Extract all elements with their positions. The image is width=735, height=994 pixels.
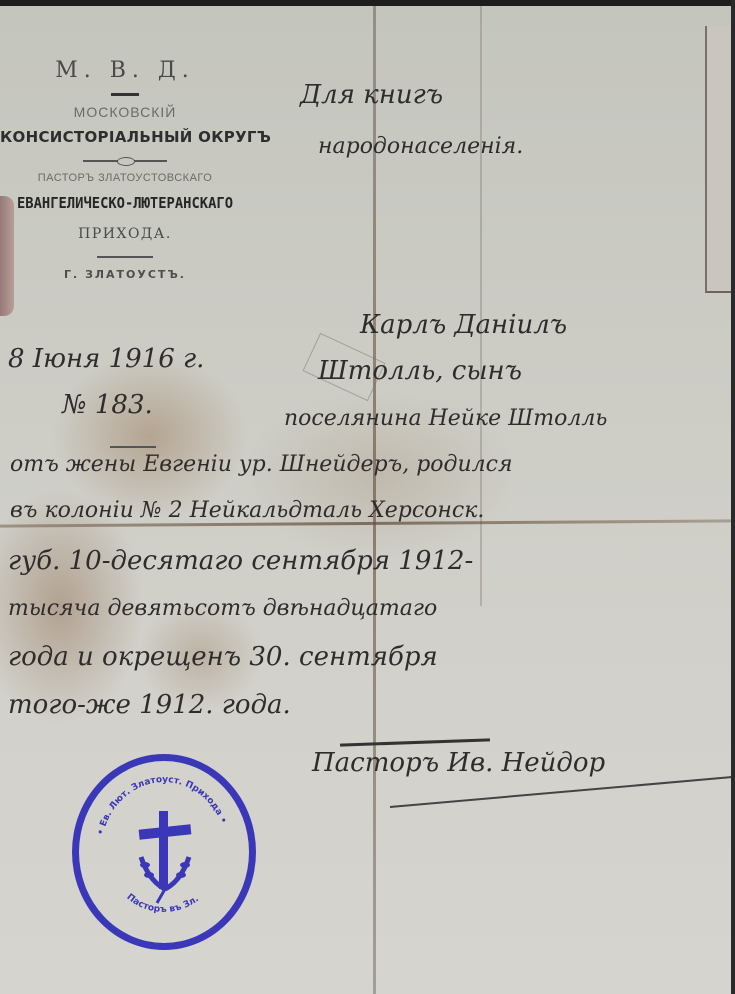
letterhead-city: Г. ЗЛАТОУСТЪ. <box>0 268 250 281</box>
parish-seal: • Ев. Лют. Златоуст. Прихода • Пасторъ в… <box>72 754 256 950</box>
signature-underline <box>390 776 734 808</box>
cross-anchor-icon <box>139 811 192 903</box>
body-line-3: поселянина Нейке Штолль <box>284 406 607 431</box>
letterhead-ornament <box>83 160 167 162</box>
letterhead-rule-2 <box>97 256 153 258</box>
letterhead-district-line1: МОСКОВСКІЙ <box>0 104 250 120</box>
letterhead-district-line2: КОНСИСТОРІАЛЬНЫЙ ОКРУГЪ <box>0 128 250 146</box>
letterhead: М. В. Д. МОСКОВСКІЙ КОНСИСТОРІАЛЬНЫЙ ОКР… <box>0 58 250 281</box>
letterhead-ministry: М. В. Д. <box>0 58 250 83</box>
letterhead-pastor: ПАСТОРЪ ЗЛАТОУСТОВСКАГО <box>0 172 250 184</box>
document-number: № 183. <box>62 390 153 420</box>
pastor-signature: Пасторъ Ив. Нейдор <box>312 748 605 778</box>
seal-artwork: • Ев. Лют. Златоуст. Прихода • Пасторъ в… <box>79 761 249 943</box>
issue-date: 8 Іюня 1916 г. <box>8 344 204 374</box>
body-line-7: тысяча девятьсотъ двѣнадцатаго <box>8 596 437 621</box>
addressee-line2: народонаселенія. <box>318 134 523 159</box>
body-line-9: того-же 1912. года. <box>8 690 291 720</box>
body-line-1: Карлъ Даніилъ <box>360 310 567 340</box>
document-paper: М. В. Д. МОСКОВСКІЙ КОНСИСТОРІАЛЬНЫЙ ОКР… <box>0 6 735 994</box>
body-line-8: года и окрещенъ 30. сентября <box>8 642 438 672</box>
addressee-line1: Для книгъ <box>300 80 443 110</box>
finger-holding-edge <box>0 196 14 316</box>
body-line-6: губ. 10-десятаго сентября 1912- <box>8 546 473 576</box>
signature-flourish <box>340 738 490 746</box>
letterhead-rule <box>111 93 139 96</box>
letterhead-parish-line1: ЕВАНГЕЛИЧЕСКО-ЛЮТЕРАНСКАГО <box>10 194 240 212</box>
letterhead-parish-line2: ПРИХОДА. <box>0 226 250 242</box>
background-edge <box>731 0 735 994</box>
body-line-4: отъ жены Евгеніи ур. Шнейдеръ, родился <box>10 452 513 477</box>
number-rule <box>110 446 156 448</box>
body-line-5: въ колоніи № 2 Нейкальдталь Херсонск. <box>10 498 484 523</box>
body-line-2: Штолль, сынъ <box>318 356 522 386</box>
